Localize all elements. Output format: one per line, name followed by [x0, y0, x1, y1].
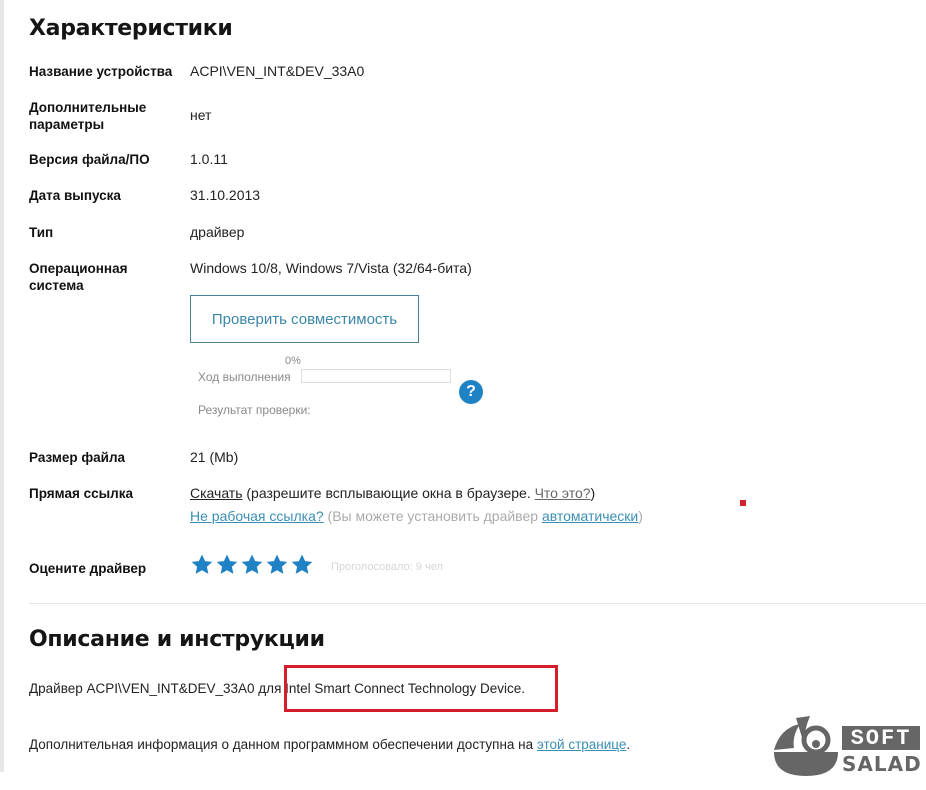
- star-icon[interactable]: [265, 553, 289, 577]
- label-type: Тип: [29, 224, 179, 241]
- value-os: Windows 10/8, Windows 7/Vista (32/64-бит…: [190, 260, 472, 277]
- rating-stars[interactable]: [190, 553, 314, 577]
- check-result-label: Результат проверки:: [198, 403, 311, 417]
- device-full-name: Intel Smart Connect Technology Device.: [285, 681, 525, 696]
- label-version: Версия файла/ПО: [29, 151, 179, 168]
- more-info-prefix: Дополнительная информация о данном прогр…: [29, 737, 537, 752]
- label-rating: Оцените драйвер: [29, 560, 179, 577]
- votes-count: Проголосовало: 9 чел: [331, 561, 443, 573]
- close-paren: ): [591, 485, 596, 501]
- value-type: драйвер: [190, 224, 244, 241]
- auto-install-link[interactable]: автоматически: [542, 508, 638, 524]
- salad-bowl-icon: [770, 714, 842, 780]
- progress-label: Ход выполнения: [198, 370, 291, 384]
- help-icon[interactable]: ?: [459, 380, 483, 404]
- page-left-border: [0, 0, 4, 772]
- download-link[interactable]: Скачать: [190, 485, 243, 501]
- auto-install-note: (Вы можете установить драйвер: [324, 508, 542, 524]
- more-info-text: Дополнительная информация о данном прогр…: [29, 737, 630, 752]
- broken-link-link[interactable]: Не рабочая ссылка?: [190, 508, 324, 524]
- red-marker: [740, 500, 746, 506]
- star-icon[interactable]: [190, 553, 214, 577]
- section-title-characteristics: Характеристики: [29, 16, 233, 41]
- logo-soft-text: SOFT: [842, 726, 920, 750]
- label-extra-params: Дополнительные параметры: [29, 99, 159, 133]
- what-is-this-link[interactable]: Что это?: [535, 485, 591, 501]
- star-icon[interactable]: [215, 553, 239, 577]
- logo-salad-text: SALAD: [842, 752, 922, 778]
- this-page-link[interactable]: этой странице: [537, 737, 626, 752]
- value-version: 1.0.11: [190, 151, 228, 168]
- label-device-name: Название устройства: [29, 63, 179, 80]
- description-prefix: Драйвер ACPI\VEN_INT&DEV_33A0 для: [29, 681, 285, 696]
- label-file-size: Размер файла: [29, 449, 179, 466]
- description-text: Драйвер ACPI\VEN_INT&DEV_33A0 для Intel …: [29, 681, 525, 696]
- auto-close-paren: ): [638, 508, 643, 524]
- softsalad-watermark: SOFT SALAD: [770, 714, 922, 780]
- star-icon[interactable]: [290, 553, 314, 577]
- value-extra-params: нет: [190, 107, 211, 124]
- label-release-date: Дата выпуска: [29, 187, 179, 204]
- popup-note: (разрешите всплывающие окна в браузере.: [243, 485, 535, 501]
- direct-link-line1: Скачать (разрешите всплывающие окна в бр…: [190, 485, 595, 502]
- progress-percent: 0%: [285, 355, 301, 367]
- check-compatibility-button[interactable]: Проверить совместимость: [190, 295, 419, 343]
- star-icon[interactable]: [240, 553, 264, 577]
- section-divider: [29, 603, 926, 604]
- value-device-name: ACPI\VEN_INT&DEV_33A0: [190, 63, 364, 80]
- progress-bar: [301, 369, 451, 383]
- label-os: Операционная система: [29, 260, 149, 294]
- direct-link-line2: Не рабочая ссылка? (Вы можете установить…: [190, 508, 643, 525]
- value-release-date: 31.10.2013: [190, 187, 260, 204]
- value-file-size: 21 (Mb): [190, 449, 238, 466]
- more-info-suffix: .: [626, 737, 630, 752]
- label-direct-link: Прямая ссылка: [29, 485, 179, 502]
- section-title-description: Описание и инструкции: [29, 627, 325, 652]
